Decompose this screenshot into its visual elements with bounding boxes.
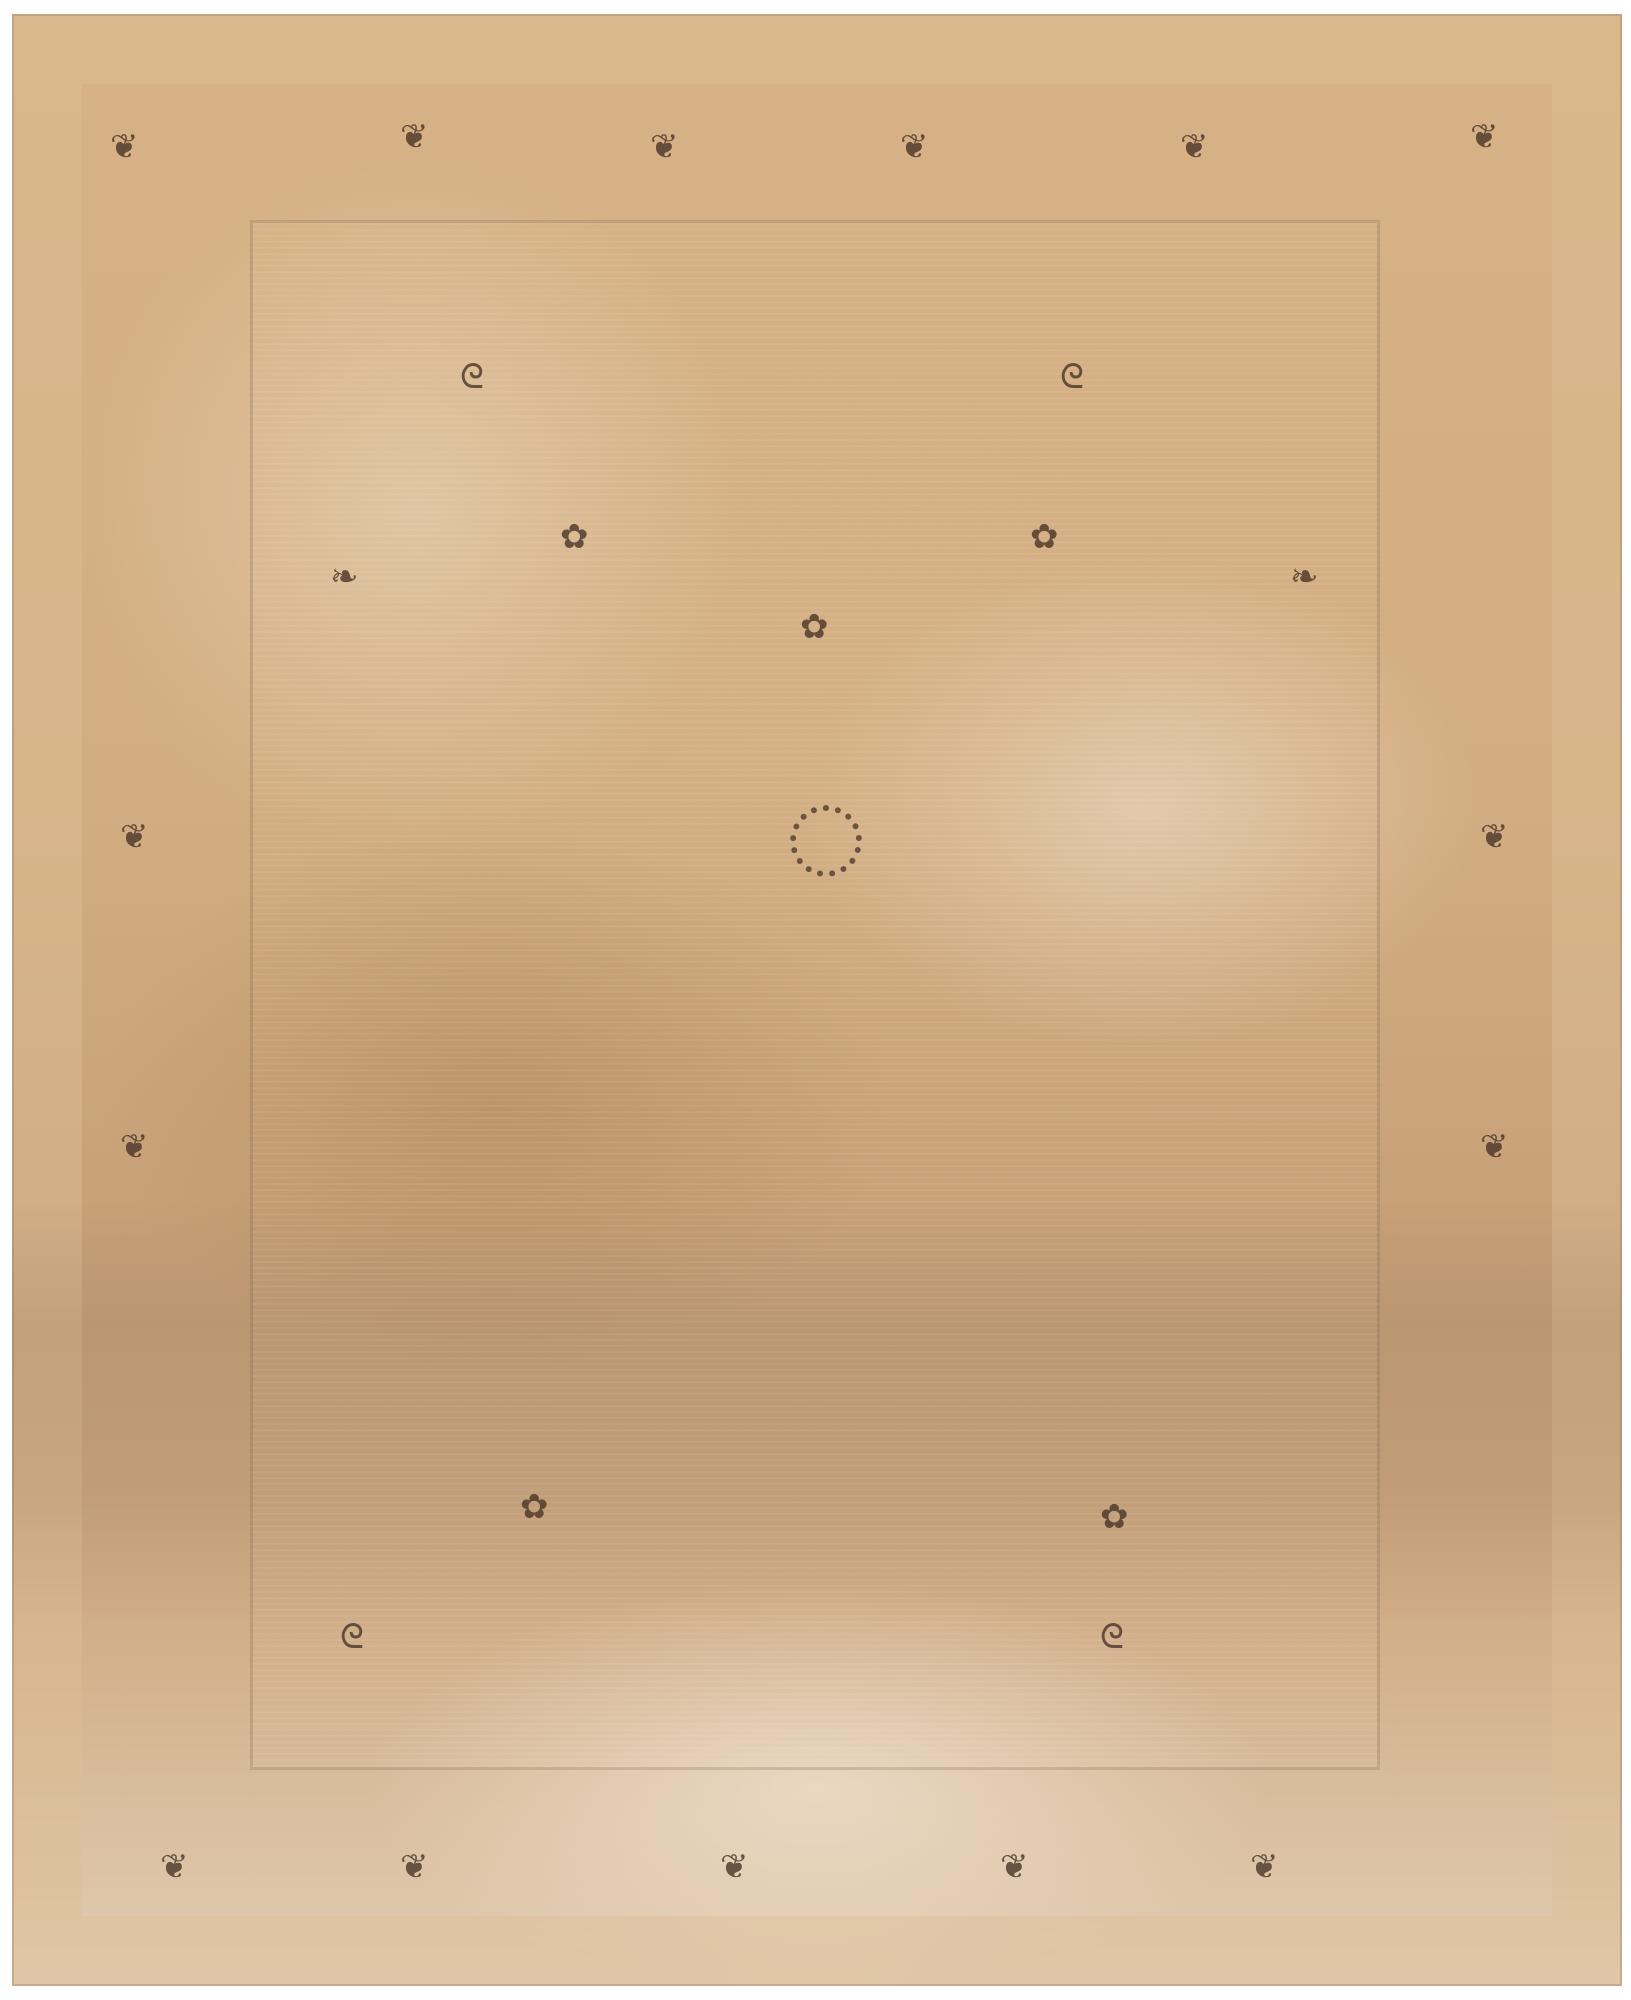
- rug-field: [250, 220, 1380, 1770]
- palmette-icon: ❦: [120, 820, 149, 854]
- rug-photo: ❦ ❦ ❦ ❦ ❦ ❦ ᘓ ᘓ ❧ ❧ ✿ ✿ ✿ ❦ ❦ ❦ ❦ ✿ ✿ ᘓ …: [0, 0, 1631, 2000]
- palmette-icon: ❦: [720, 1850, 749, 1884]
- palmette-icon: ❦: [900, 130, 929, 164]
- palmette-icon: ❦: [400, 120, 429, 154]
- flower-icon: ✿: [560, 520, 589, 554]
- leaf-icon: ❧: [330, 560, 359, 594]
- palmette-icon: ❦: [650, 130, 679, 164]
- palmette-icon: ❦: [120, 1130, 149, 1164]
- scroll-icon: ᘓ: [1100, 1620, 1124, 1654]
- palmette-icon: ❦: [400, 1850, 429, 1884]
- flower-icon: ✿: [1030, 520, 1059, 554]
- palmette-icon: ❦: [1480, 1130, 1509, 1164]
- scroll-icon: ᘓ: [1060, 360, 1084, 394]
- palmette-icon: ❦: [1480, 820, 1509, 854]
- flower-icon: ✿: [1100, 1500, 1129, 1534]
- central-medallion-icon: [790, 805, 862, 877]
- scroll-icon: ᘓ: [460, 360, 484, 394]
- palmette-icon: ❦: [1180, 130, 1209, 164]
- palmette-icon: ❦: [1250, 1850, 1279, 1884]
- leaf-icon: ❧: [1290, 560, 1319, 594]
- flower-icon: ✿: [800, 610, 829, 644]
- palmette-icon: ❦: [1000, 1850, 1029, 1884]
- palmette-icon: ❦: [110, 130, 139, 164]
- palmette-icon: ❦: [160, 1850, 189, 1884]
- palmette-icon: ❦: [1470, 120, 1499, 154]
- scroll-icon: ᘓ: [340, 1620, 364, 1654]
- flower-icon: ✿: [520, 1490, 549, 1524]
